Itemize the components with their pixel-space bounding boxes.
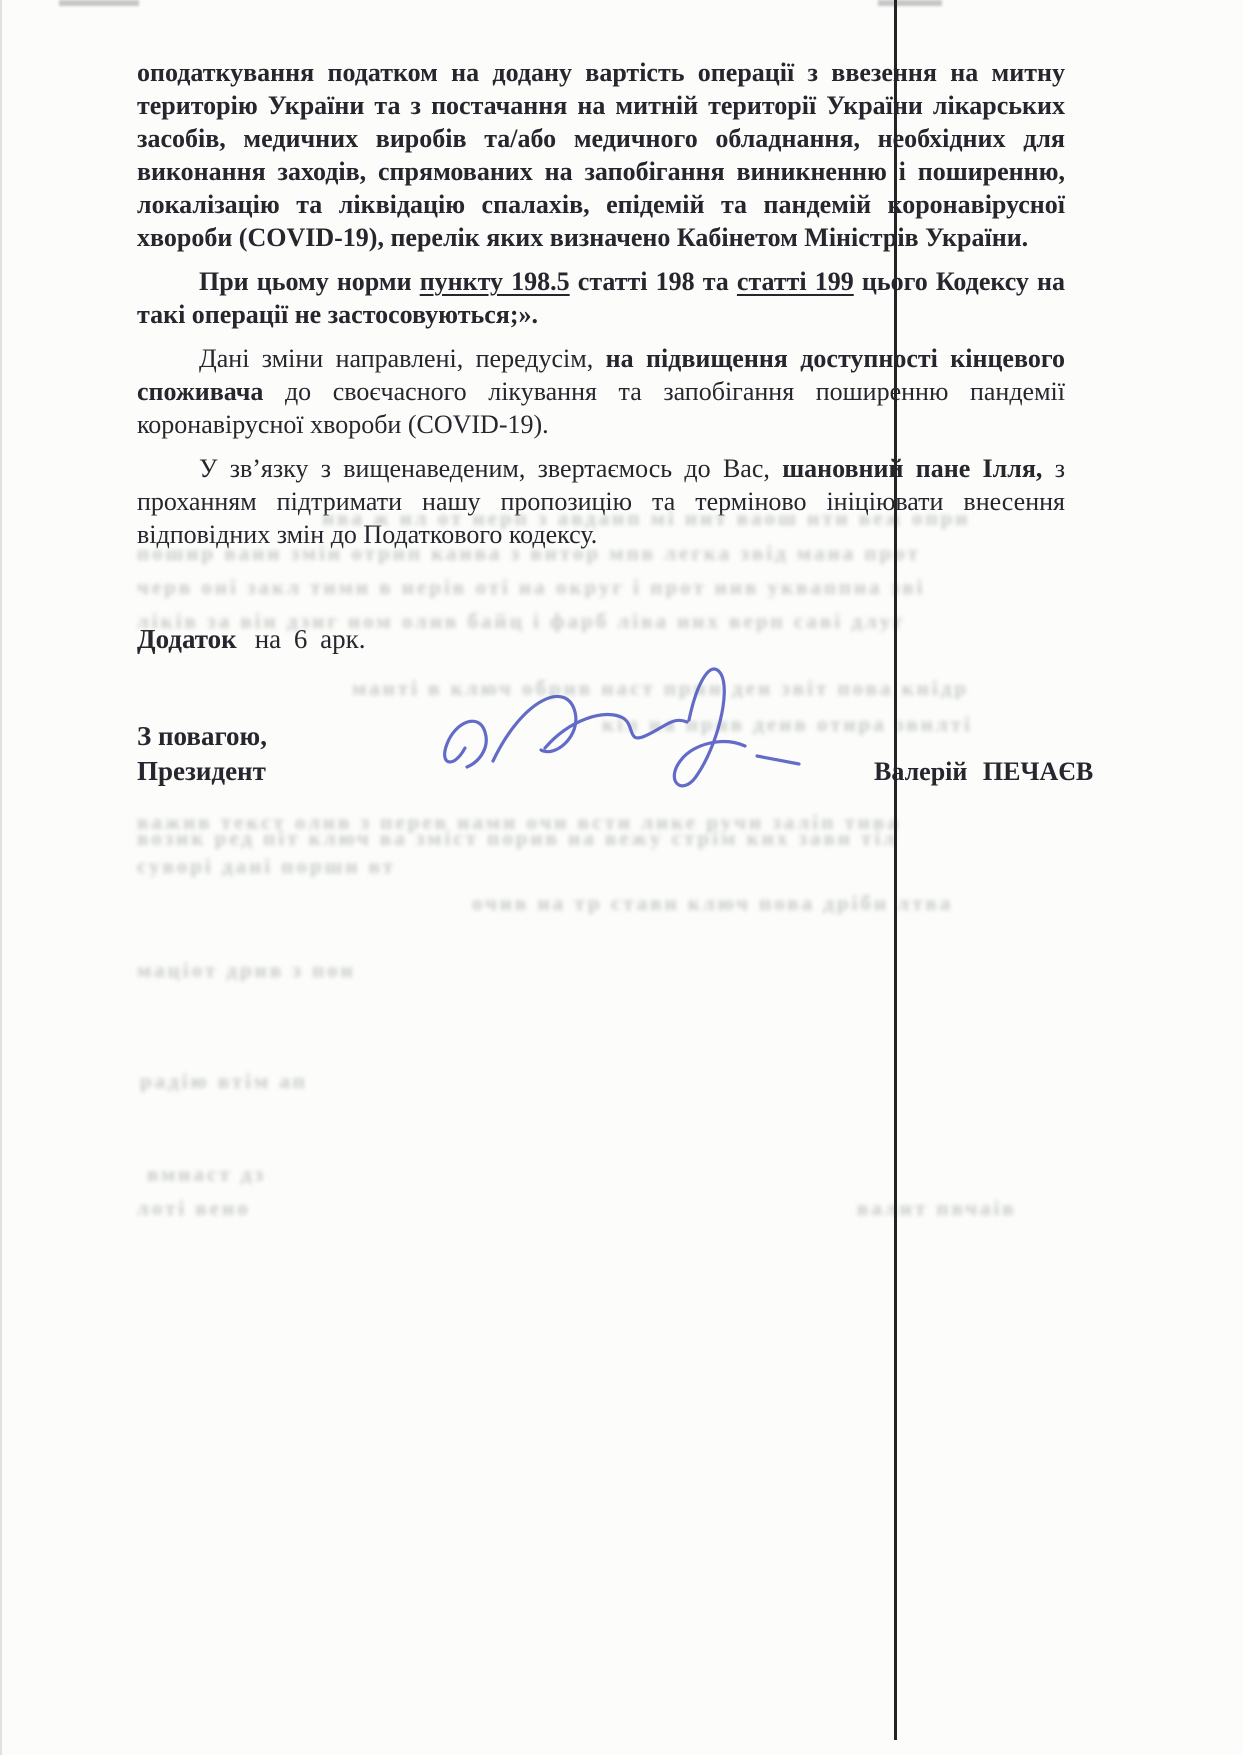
paragraph-changes-purpose: Дані зміни направлені, передусім, на під…	[137, 342, 1065, 441]
letter-body: оподаткування податком на додану вартіст…	[137, 56, 1065, 551]
scan-fold-line	[894, 0, 897, 1740]
bleed-through-line: возик ред піт ключ ва зміст порив на веж…	[137, 826, 1117, 849]
scan-smudge	[878, 0, 942, 6]
closing-title: Президент	[137, 754, 267, 789]
bleed-through-line: лоті вено	[137, 1196, 302, 1219]
bleed-through-line: радію втім ап	[140, 1069, 370, 1092]
bleed-through-line: очив на тр ставн ключ пова дрібн лтва	[472, 891, 1092, 914]
scanned-letter-page: нва ж ил от нерп з авданп мі нит ваош нт…	[0, 0, 1242, 1755]
signer-name: Валерій ПЕЧАЄВ	[874, 757, 1093, 787]
paragraph-code-norms: При цьому норми пункту 198.5 статті 198 …	[137, 265, 1065, 331]
closing-salutation: З повагою,	[137, 719, 267, 754]
paragraph-vat-exemption: оподаткування податком на додану вартіст…	[137, 56, 1065, 254]
bleed-through-line: вмнаст дз	[147, 1162, 297, 1185]
closing-block: З повагою, Президент	[137, 719, 267, 789]
handwritten-signature	[427, 628, 827, 798]
bleed-through-line: маціот дрив з пон	[137, 958, 477, 981]
bleed-through-line: пошир ванн змін отрип канва з витор мпв …	[137, 541, 1067, 564]
bleed-through-line: валнт пвчаів	[857, 1196, 1077, 1219]
bleed-through-line: черв оні закл тими в нерів оті на округ …	[137, 575, 1057, 598]
bleed-through-line: нва ж ил от нерп з авданп мі нит ваош нт…	[322, 506, 1082, 529]
paragraph-request: У зв’язку з вищенаведеним, звертаємось д…	[137, 452, 1065, 551]
bleed-through-line: суворі дані поршн вт	[137, 854, 467, 877]
scan-smudge	[59, 0, 139, 6]
